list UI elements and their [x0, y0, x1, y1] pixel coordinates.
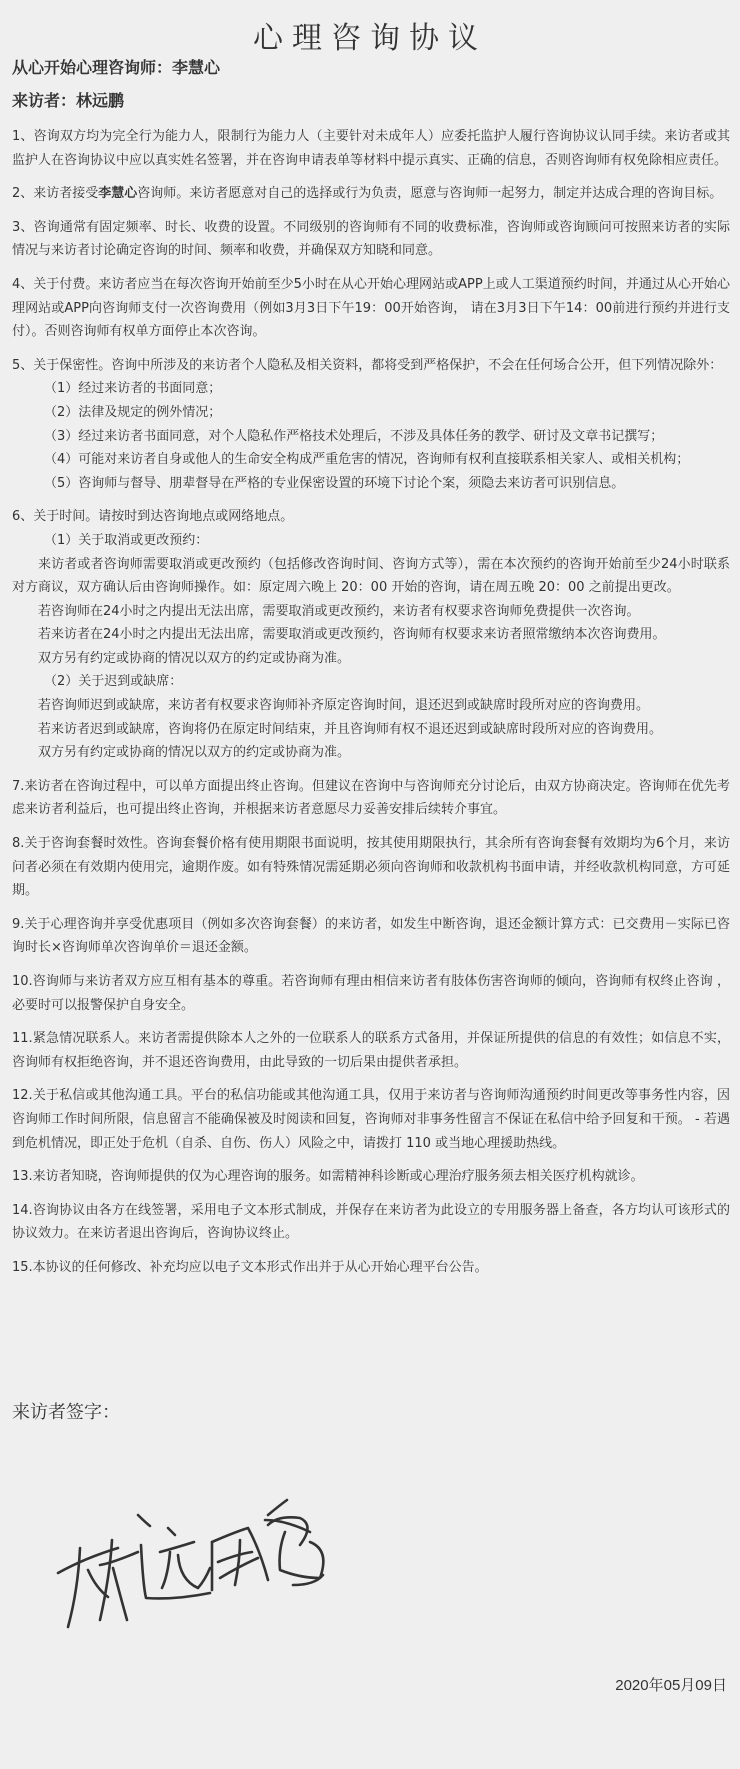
page-title: 心理咨询协议 [0, 20, 740, 60]
clause-6-sub1-line: 双方另有约定或协商的情况以双方的约定或协商为准。 [12, 647, 730, 671]
clause-10: 10.咨询师与来访者双方应互相有基本的尊重。若咨询师有理由相信来访者有肢体伤害咨… [12, 970, 730, 1017]
clause-4: 4、关于付费。来访者应当在每次咨询开始前至少5小时在从心开始心理网站或APP上或… [12, 273, 730, 344]
clause-6-sub1-line: 若来访者在24小时之内提出无法出席，需要取消或更改预约，咨询师有权要求来访者照常… [12, 623, 730, 647]
counselor-name: 李慧心 [98, 186, 137, 201]
clause-2-suffix: 咨询师。来访者愿意对自己的选择或行为负责，愿意与咨询师一起努力，制定并达成合理的… [137, 186, 722, 201]
handwritten-signature [0, 1440, 400, 1640]
clause-12: 12.关于私信或其他沟通工具。平台的私信功能或其他沟通工具，仅用于来访者与咨询师… [12, 1084, 730, 1155]
clause-5: 5、关于保密性。咨询中所涉及的来访者个人隐私及相关资料，都将受到严格保护，不会在… [12, 354, 730, 496]
clause-2: 2、来访者接受李慧心咨询师。来访者愿意对自己的选择或行为负责，愿意与咨询师一起努… [12, 182, 730, 206]
clause-5-item: （5）咨询师与督导、朋辈督导在严格的专业保密设置的环境下讨论个案，须隐去来访者可… [12, 472, 730, 496]
clause-5-item: （2）法律及规定的例外情况； [12, 401, 730, 425]
clause-14: 14.咨询协议由各方在线签署，采用电子文本形式制成，并保存在来访者为此设立的专用… [12, 1199, 730, 1246]
clause-6: 6、关于时间。请按时到达咨询地点或网络地点。 （1）关于取消或更改预约： 来访者… [12, 505, 730, 765]
clause-6-text: 6、关于时间。请按时到达咨询地点或网络地点。 [12, 505, 730, 529]
clause-6-sub1-paragraph: 来访者或者咨询师需要取消或更改预约（包括修改咨询时间、咨询方式等），需在本次预约… [12, 553, 730, 600]
clause-13: 13.来访者知晓，咨询师提供的仅为心理咨询的服务。如需精神科诊断或心理治疗服务须… [12, 1165, 730, 1189]
clause-list: 1、咨询双方均为完全行为能力人，限制行为能力人（主要针对未成年人）应委托监护人履… [12, 125, 730, 1290]
clause-6-sub2-line: 双方另有约定或协商的情况以双方的约定或协商为准。 [12, 741, 730, 765]
clause-15: 15.本协议的任何修改、补充均应以电子文本形式作出并于从心开始心理平台公告。 [12, 1256, 730, 1280]
clause-5-item: （4）可能对来访者自身或他人的生命安全构成严重危害的情况，咨询师有权利直接联系相… [12, 448, 730, 472]
clause-6-sub1-line: 若咨询师在24小时之内提出无法出席，需要取消或更改预约，来访者有权要求咨询师免费… [12, 600, 730, 624]
clause-3: 3、咨询通常有固定频率、时长、收费的设置。不同级别的咨询师有不同的收费标准，咨询… [12, 216, 730, 263]
signature-label: 来访者签字： [12, 1401, 120, 1425]
clause-2-prefix: 2、来访者接受 [12, 186, 98, 201]
clause-6-sub1-title: （1）关于取消或更改预约： [12, 529, 730, 553]
clause-8: 8.关于咨询套餐时效性。咨询套餐价格有使用期限书面说明，按其使用期限执行，其余所… [12, 832, 730, 903]
clause-5-item: （1）经过来访者的书面同意； [12, 377, 730, 401]
clause-11: 11.紧急情况联系人。来访者需提供除本人之外的一位联系人的联系方式备用，并保证所… [12, 1027, 730, 1074]
counselor-line: 从心开始心理咨询师：李慧心 [12, 57, 220, 79]
clause-7: 7.来访者在咨询过程中，可以单方面提出终止咨询。但建议在咨询中与咨询师充分讨论后… [12, 775, 730, 822]
clause-5-item: （3）经过来访者书面同意，对个人隐私作严格技术处理后，不涉及具体任务的教学、研讨… [12, 425, 730, 449]
clause-6-sub2-line: 若咨询师迟到或缺席，来访者有权要求咨询师补齐原定咨询时间，退还迟到或缺席时段所对… [12, 694, 730, 718]
clause-9: 9.关于心理咨询并享受优惠项目（例如多次咨询套餐）的来访者，如发生中断咨询，退还… [12, 913, 730, 960]
clause-5-text: 5、关于保密性。咨询中所涉及的来访者个人隐私及相关资料，都将受到严格保护，不会在… [12, 354, 730, 378]
clause-6-sub2-line: 若来访者迟到或缺席，咨询将仍在原定时间结束，并且咨询师有权不退还迟到或缺席时段所… [12, 718, 730, 742]
signature-date: 2020年05月09日 [615, 1674, 727, 1695]
clause-1: 1、咨询双方均为完全行为能力人，限制行为能力人（主要针对未成年人）应委托监护人履… [12, 125, 730, 172]
visitor-line: 来访者：林远鹏 [12, 90, 124, 112]
clause-6-sub2-title: （2）关于迟到或缺席： [12, 670, 730, 694]
